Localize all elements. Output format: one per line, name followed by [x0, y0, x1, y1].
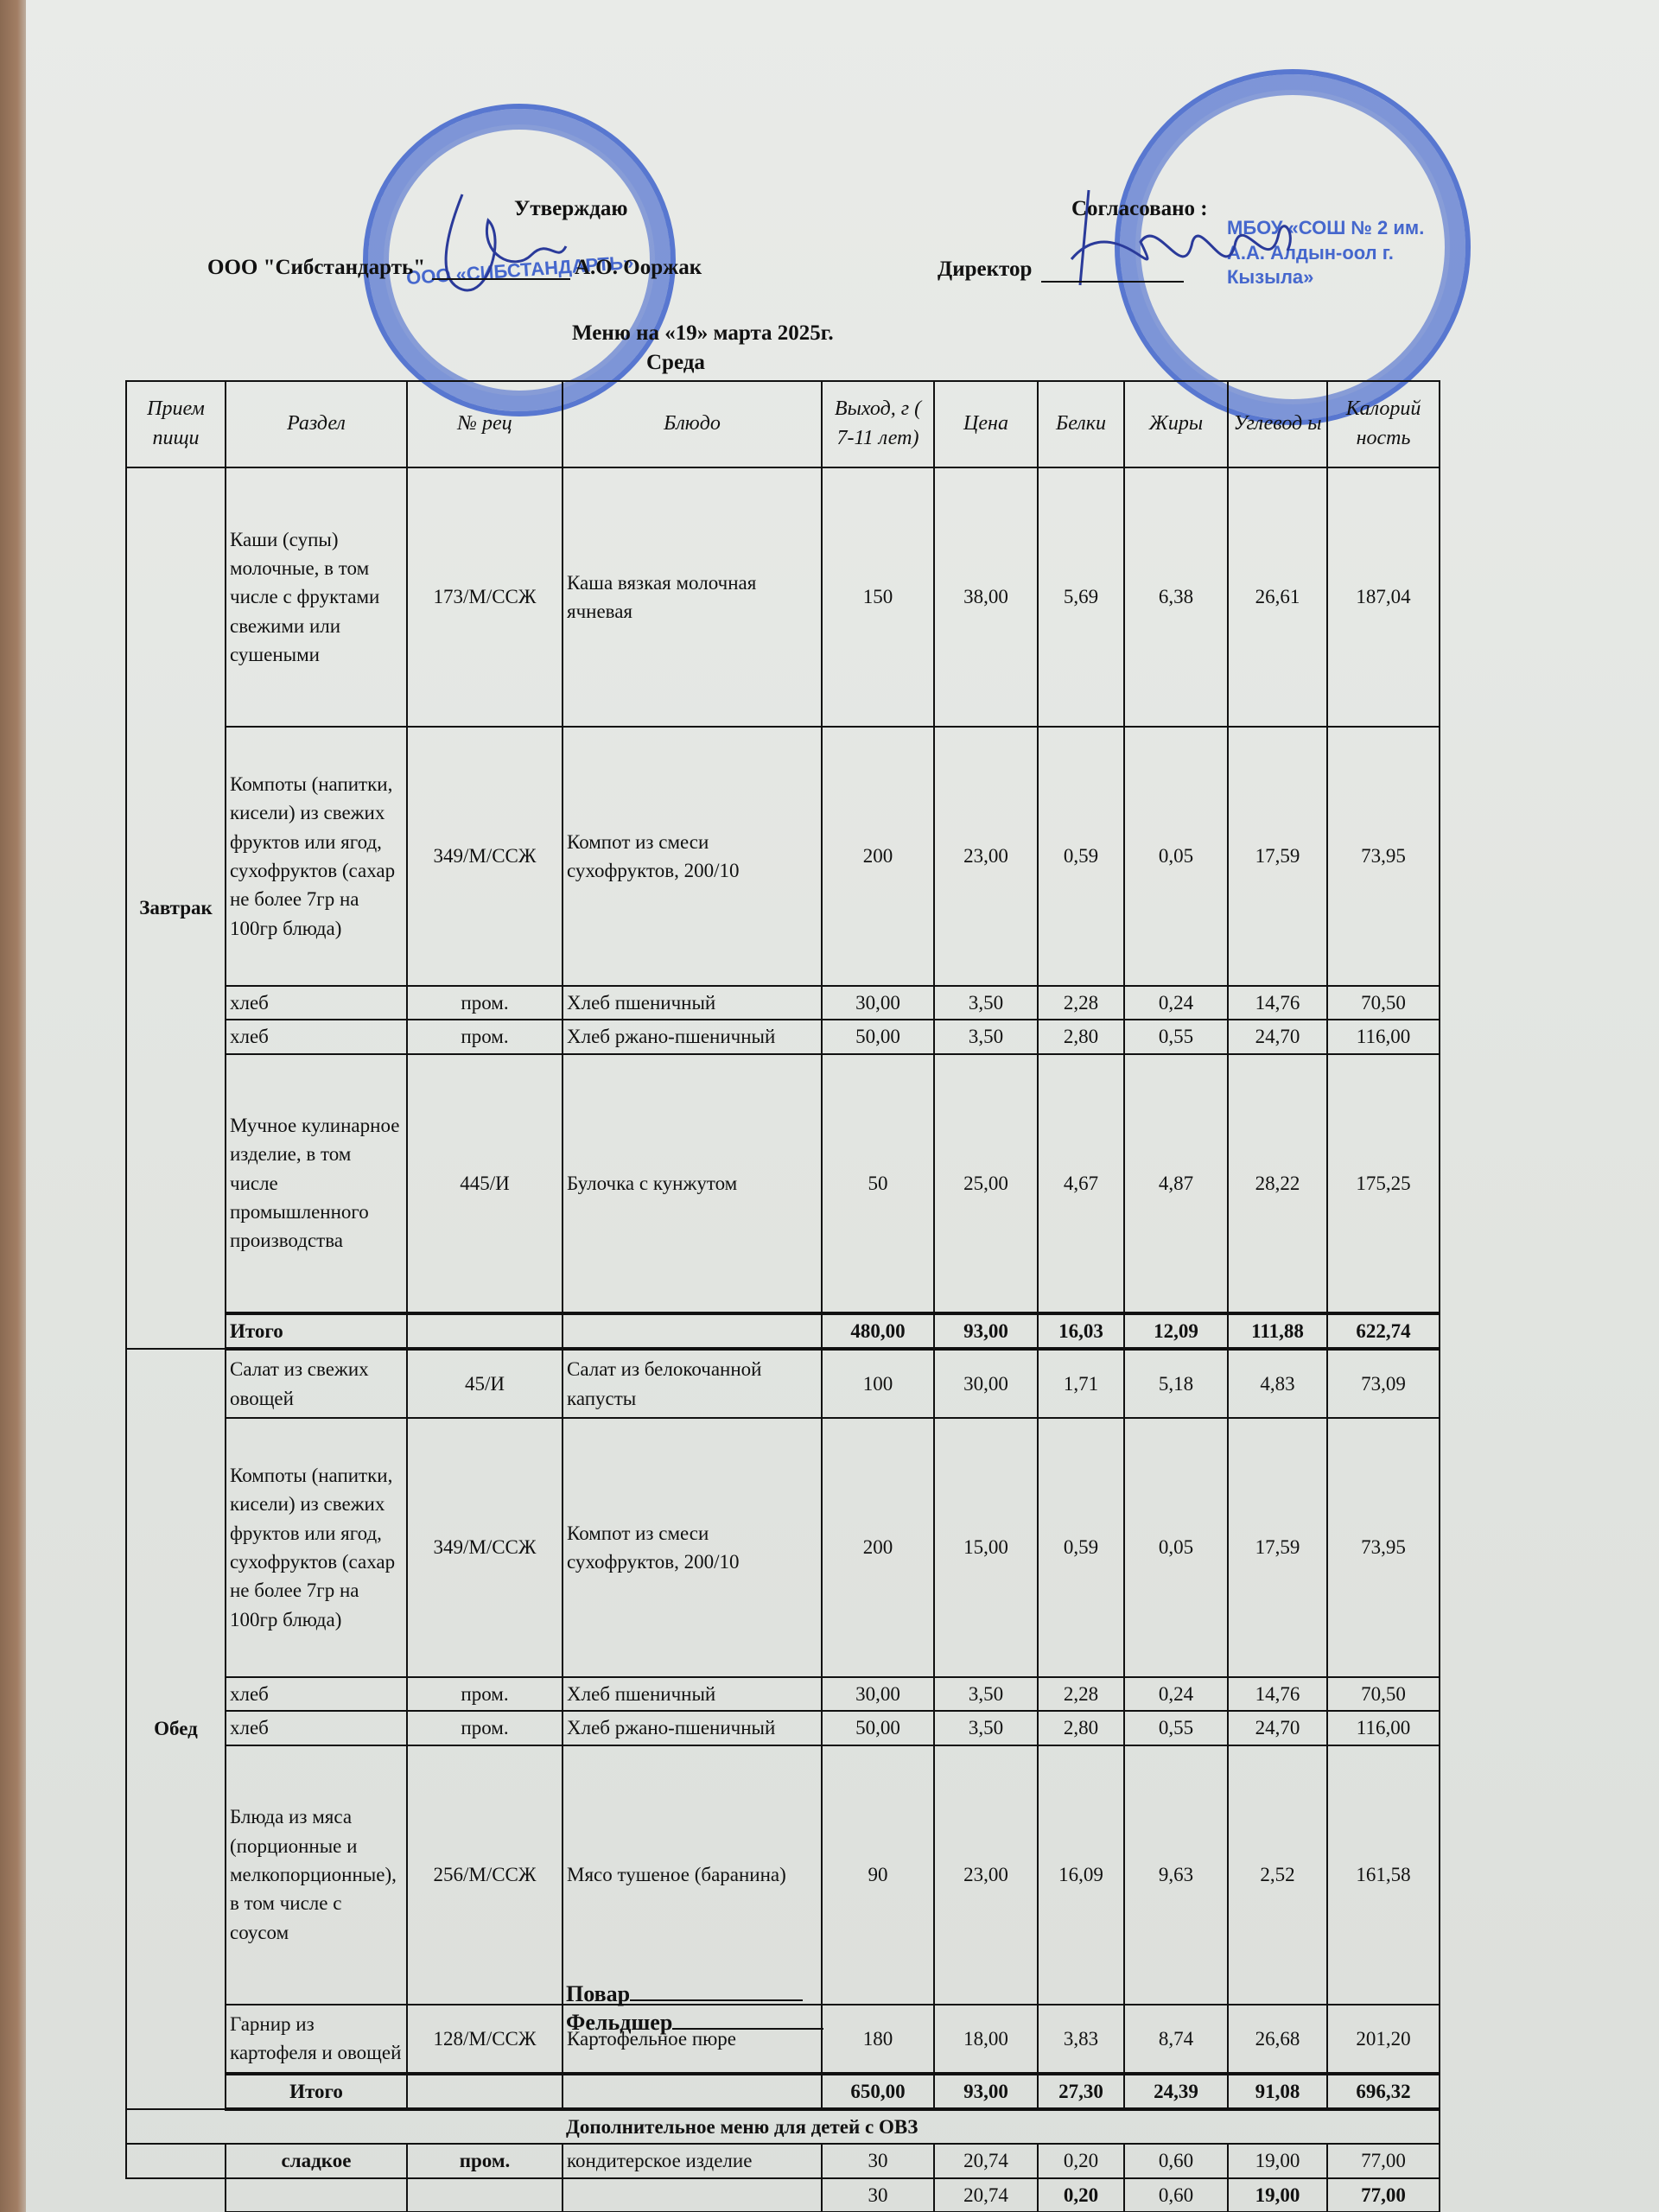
cook-signoff: Повар	[566, 1980, 823, 2009]
table-header-row: Прием пищи Раздел № рец Блюдо Выход, г (…	[126, 381, 1440, 467]
empty-cell	[126, 2144, 226, 2177]
medic-label: Фельдшер	[566, 2010, 672, 2035]
table-body: ЗавтракКаши (супы) молочные, в том числе…	[126, 467, 1440, 2212]
dish-cell: Хлеб пшеничный	[563, 986, 822, 1020]
total-protein-cell: 27,30	[1038, 2074, 1124, 2109]
recipe-cell: 445/И	[407, 1054, 563, 1313]
col-section: Раздел	[226, 381, 407, 467]
dish-cell: Компот из смеси сухофруктов, 200/10	[563, 1418, 822, 1677]
section-cell: Каши (супы) молочные, в том числе с фрук…	[226, 467, 407, 727]
protein-cell: 1,71	[1038, 1349, 1124, 1418]
approver-org: ООО "Сибстандарть"	[207, 256, 425, 280]
col-protein: Белки	[1038, 381, 1124, 467]
total-fat-cell: 12,09	[1124, 1313, 1228, 1349]
carbs-cell: 14,76	[1228, 986, 1327, 1020]
protein-cell: 0,20	[1038, 2144, 1124, 2177]
carbs-cell: 2,52	[1228, 1745, 1327, 2005]
fat-cell: 8,74	[1124, 2005, 1228, 2074]
table-row: ЗавтракКаши (супы) молочные, в том числе…	[126, 467, 1440, 727]
table-row: Компоты (напитки, кисели) из свежих фрук…	[126, 1418, 1440, 1677]
carbs-cell: 26,68	[1228, 2005, 1327, 2074]
fat-cell: 0,60	[1124, 2144, 1228, 2177]
total-price-cell: 93,00	[934, 2074, 1038, 2109]
meal-total-row: Итого650,0093,0027,3024,3991,08696,32	[126, 2074, 1440, 2109]
kcal-cell: 77,00	[1327, 2144, 1440, 2177]
yield-cell: 30	[822, 2144, 934, 2177]
recipe-cell: 128/М/ССЖ	[407, 2005, 563, 2074]
dish-cell: Каша вязкая молочная ячневая	[563, 467, 822, 727]
col-meal: Прием пищи	[126, 381, 226, 467]
empty-cell	[563, 2074, 822, 2109]
yield-cell: 200	[822, 727, 934, 986]
signoff-block: Повар Фельдшер	[566, 1980, 823, 2037]
recipe-cell: пром.	[407, 1020, 563, 1053]
kcal-cell: 73,95	[1327, 727, 1440, 986]
carbs-cell: 24,70	[1228, 1020, 1327, 1053]
extra-total-fat-cell: 0,60	[1124, 2178, 1228, 2212]
cook-sign-line	[630, 1980, 803, 2001]
table-row: Блюда из мяса (порционные и мелкопорцион…	[126, 1745, 1440, 2005]
recipe-cell: пром.	[407, 1677, 563, 1711]
total-label-cell: Итого	[226, 1313, 407, 1349]
kcal-cell: 201,20	[1327, 2005, 1440, 2074]
medic-sign-line	[672, 2009, 823, 2030]
table-row: хлебпром.Хлеб пшеничный30,003,502,280,24…	[126, 1677, 1440, 1711]
yield-cell: 100	[822, 1349, 934, 1418]
table-row: хлебпром.Хлеб ржано-пшеничный50,003,502,…	[126, 1020, 1440, 1053]
section-cell: хлеб	[226, 1020, 407, 1053]
protein-cell: 0,59	[1038, 1418, 1124, 1677]
carbs-cell: 4,83	[1228, 1349, 1327, 1418]
total-carbs-cell: 111,88	[1228, 1313, 1327, 1349]
col-dish: Блюдо	[563, 381, 822, 467]
section-cell: хлеб	[226, 986, 407, 1020]
total-kcal-cell: 696,32	[1327, 2074, 1440, 2109]
fat-cell: 0,24	[1124, 1677, 1228, 1711]
price-cell: 3,50	[934, 1711, 1038, 1745]
cook-label: Повар	[566, 1981, 630, 2006]
dish-cell: Салат из белокочанной капусты	[563, 1349, 822, 1418]
total-protein-cell: 16,03	[1038, 1313, 1124, 1349]
fat-cell: 9,63	[1124, 1745, 1228, 2005]
empty-cell	[407, 2178, 563, 2212]
price-cell: 18,00	[934, 2005, 1038, 2074]
dish-cell: Компот из смеси сухофруктов, 200/10	[563, 727, 822, 986]
recipe-cell: 45/И	[407, 1349, 563, 1418]
yield-cell: 50,00	[822, 1020, 934, 1053]
dish-cell: Хлеб ржано-пшеничный	[563, 1711, 822, 1745]
extra-menu-title: Дополнительное меню для детей с ОВЗ	[563, 2109, 1440, 2144]
carbs-cell: 26,61	[1228, 467, 1327, 727]
col-yield: Выход, г ( 7-11 лет)	[822, 381, 934, 467]
extra-total-row: 3020,740,200,6019,0077,00	[126, 2178, 1440, 2212]
yield-cell: 180	[822, 2005, 934, 2074]
meal-name-cell: Обед	[126, 1349, 226, 2109]
carbs-cell: 14,76	[1228, 1677, 1327, 1711]
section-cell: хлеб	[226, 1677, 407, 1711]
recipe-cell: 256/М/ССЖ	[407, 1745, 563, 2005]
dish-cell: Мясо тушеное (баранина)	[563, 1745, 822, 2005]
total-price-cell: 93,00	[934, 1313, 1038, 1349]
recipe-cell: пром.	[407, 1711, 563, 1745]
approved-label: Утверждаю	[514, 197, 628, 221]
price-cell: 23,00	[934, 1745, 1038, 2005]
total-yield-cell: 480,00	[822, 1313, 934, 1349]
empty-cell	[126, 2109, 563, 2144]
meal-total-row: Итого480,0093,0016,0312,09111,88622,74	[126, 1313, 1440, 1349]
table-row: ОбедСалат из свежих овощей45/ИСалат из б…	[126, 1349, 1440, 1418]
carbs-cell: 17,59	[1228, 1418, 1327, 1677]
protein-cell: 2,28	[1038, 986, 1124, 1020]
carbs-cell: 19,00	[1228, 2144, 1327, 2177]
menu-table: Прием пищи Раздел № рец Блюдо Выход, г (…	[125, 380, 1440, 2212]
empty-cell	[226, 2178, 407, 2212]
kcal-cell: 116,00	[1327, 1711, 1440, 1745]
section-cell: хлеб	[226, 1711, 407, 1745]
yield-cell: 50	[822, 1054, 934, 1313]
yield-cell: 200	[822, 1418, 934, 1677]
dish-cell: Булочка с кунжутом	[563, 1054, 822, 1313]
fat-cell: 0,05	[1124, 1418, 1228, 1677]
price-cell: 23,00	[934, 727, 1038, 986]
yield-cell: 30,00	[822, 1677, 934, 1711]
col-kcal: Калорий ность	[1327, 381, 1440, 467]
col-fat: Жиры	[1124, 381, 1228, 467]
empty-cell	[126, 2178, 226, 2212]
col-recipe: № рец	[407, 381, 563, 467]
protein-cell: 2,80	[1038, 1711, 1124, 1745]
approver-name: А.О. Ооржак	[575, 256, 702, 280]
recipe-cell: 349/М/ССЖ	[407, 1418, 563, 1677]
extra-total-yield-cell: 30	[822, 2178, 934, 2212]
protein-cell: 4,67	[1038, 1054, 1124, 1313]
empty-cell	[563, 1313, 822, 1349]
kcal-cell: 187,04	[1327, 467, 1440, 727]
fat-cell: 5,18	[1124, 1349, 1228, 1418]
empty-cell	[563, 2178, 822, 2212]
yield-cell: 30,00	[822, 986, 934, 1020]
price-cell: 3,50	[934, 1677, 1038, 1711]
recipe-cell: 349/М/ССЖ	[407, 727, 563, 986]
carbs-cell: 28,22	[1228, 1054, 1327, 1313]
protein-cell: 5,69	[1038, 467, 1124, 727]
table-row: хлебпром.Хлеб ржано-пшеничный50,003,502,…	[126, 1711, 1440, 1745]
col-carbs: Углевод ы	[1228, 381, 1327, 467]
carbs-cell: 17,59	[1228, 727, 1327, 986]
table-row: хлебпром.Хлеб пшеничный30,003,502,280,24…	[126, 986, 1440, 1020]
fat-cell: 0,05	[1124, 727, 1228, 986]
section-cell: Мучное кулинарное изделие, в том числе п…	[226, 1054, 407, 1313]
price-cell: 30,00	[934, 1349, 1038, 1418]
yield-cell: 50,00	[822, 1711, 934, 1745]
extra-total-protein-cell: 0,20	[1038, 2178, 1124, 2212]
carbs-cell: 24,70	[1228, 1711, 1327, 1745]
protein-cell: 3,83	[1038, 2005, 1124, 2074]
protein-cell: 16,09	[1038, 1745, 1124, 2005]
table-row: сладкоепром.кондитерское изделие3020,740…	[126, 2144, 1440, 2177]
section-cell: Компоты (напитки, кисели) из свежих фрук…	[226, 727, 407, 986]
fat-cell: 4,87	[1124, 1054, 1228, 1313]
fat-cell: 0,55	[1124, 1020, 1228, 1053]
col-price: Цена	[934, 381, 1038, 467]
kcal-cell: 70,50	[1327, 986, 1440, 1020]
protein-cell: 0,59	[1038, 727, 1124, 986]
fat-cell: 0,55	[1124, 1711, 1228, 1745]
section-cell: Компоты (напитки, кисели) из свежих фрук…	[226, 1418, 407, 1677]
section-cell: Блюда из мяса (порционные и мелкопорцион…	[226, 1745, 407, 2005]
total-kcal-cell: 622,74	[1327, 1313, 1440, 1349]
protein-cell: 2,28	[1038, 1677, 1124, 1711]
total-yield-cell: 650,00	[822, 2074, 934, 2109]
kcal-cell: 70,50	[1327, 1677, 1440, 1711]
weekday: Среда	[646, 351, 705, 375]
agreed-label: Согласовано :	[1071, 197, 1208, 221]
kcal-cell: 175,25	[1327, 1054, 1440, 1313]
approver-sign-line	[432, 278, 570, 280]
kcal-cell: 73,09	[1327, 1349, 1440, 1418]
kcal-cell: 73,95	[1327, 1418, 1440, 1677]
kcal-cell: 161,58	[1327, 1745, 1440, 2005]
menu-title: Меню на «19» марта 2025г.	[572, 321, 834, 346]
dish-cell: кондитерское изделие	[563, 2144, 822, 2177]
dish-cell: Хлеб пшеничный	[563, 1677, 822, 1711]
price-cell: 20,74	[934, 2144, 1038, 2177]
extra-total-carbs-cell: 19,00	[1228, 2178, 1327, 2212]
recipe-cell: пром.	[407, 986, 563, 1020]
total-label-cell: Итого	[226, 2074, 407, 2109]
table-row: Компоты (напитки, кисели) из свежих фрук…	[126, 727, 1440, 986]
protein-cell: 2,80	[1038, 1020, 1124, 1053]
recipe-cell: 173/М/ССЖ	[407, 467, 563, 727]
yield-cell: 90	[822, 1745, 934, 2005]
price-cell: 38,00	[934, 467, 1038, 727]
table-row: Мучное кулинарное изделие, в том числе п…	[126, 1054, 1440, 1313]
section-cell: Салат из свежих овощей	[226, 1349, 407, 1418]
director-sign-line	[1041, 281, 1184, 283]
fat-cell: 6,38	[1124, 467, 1228, 727]
kcal-cell: 116,00	[1327, 1020, 1440, 1053]
yield-cell: 150	[822, 467, 934, 727]
price-cell: 3,50	[934, 1020, 1038, 1053]
section-cell: Гарнир из картофеля и овощей	[226, 2005, 407, 2074]
recipe-cell: пром.	[407, 2144, 563, 2177]
dish-cell: Хлеб ржано-пшеничный	[563, 1020, 822, 1053]
extra-total-price-cell: 20,74	[934, 2178, 1038, 2212]
director-label: Директор	[938, 257, 1032, 282]
extra-menu-title-row: Дополнительное меню для детей с ОВЗ	[126, 2109, 1440, 2144]
price-cell: 15,00	[934, 1418, 1038, 1677]
medic-signoff: Фельдшер	[566, 2009, 823, 2037]
section-cell: сладкое	[226, 2144, 407, 2177]
price-cell: 25,00	[934, 1054, 1038, 1313]
empty-cell	[407, 2074, 563, 2109]
total-fat-cell: 24,39	[1124, 2074, 1228, 2109]
empty-cell	[407, 1313, 563, 1349]
fat-cell: 0,24	[1124, 986, 1228, 1020]
meal-name-cell: Завтрак	[126, 467, 226, 1349]
total-carbs-cell: 91,08	[1228, 2074, 1327, 2109]
price-cell: 3,50	[934, 986, 1038, 1020]
extra-total-kcal-cell: 77,00	[1327, 2178, 1440, 2212]
